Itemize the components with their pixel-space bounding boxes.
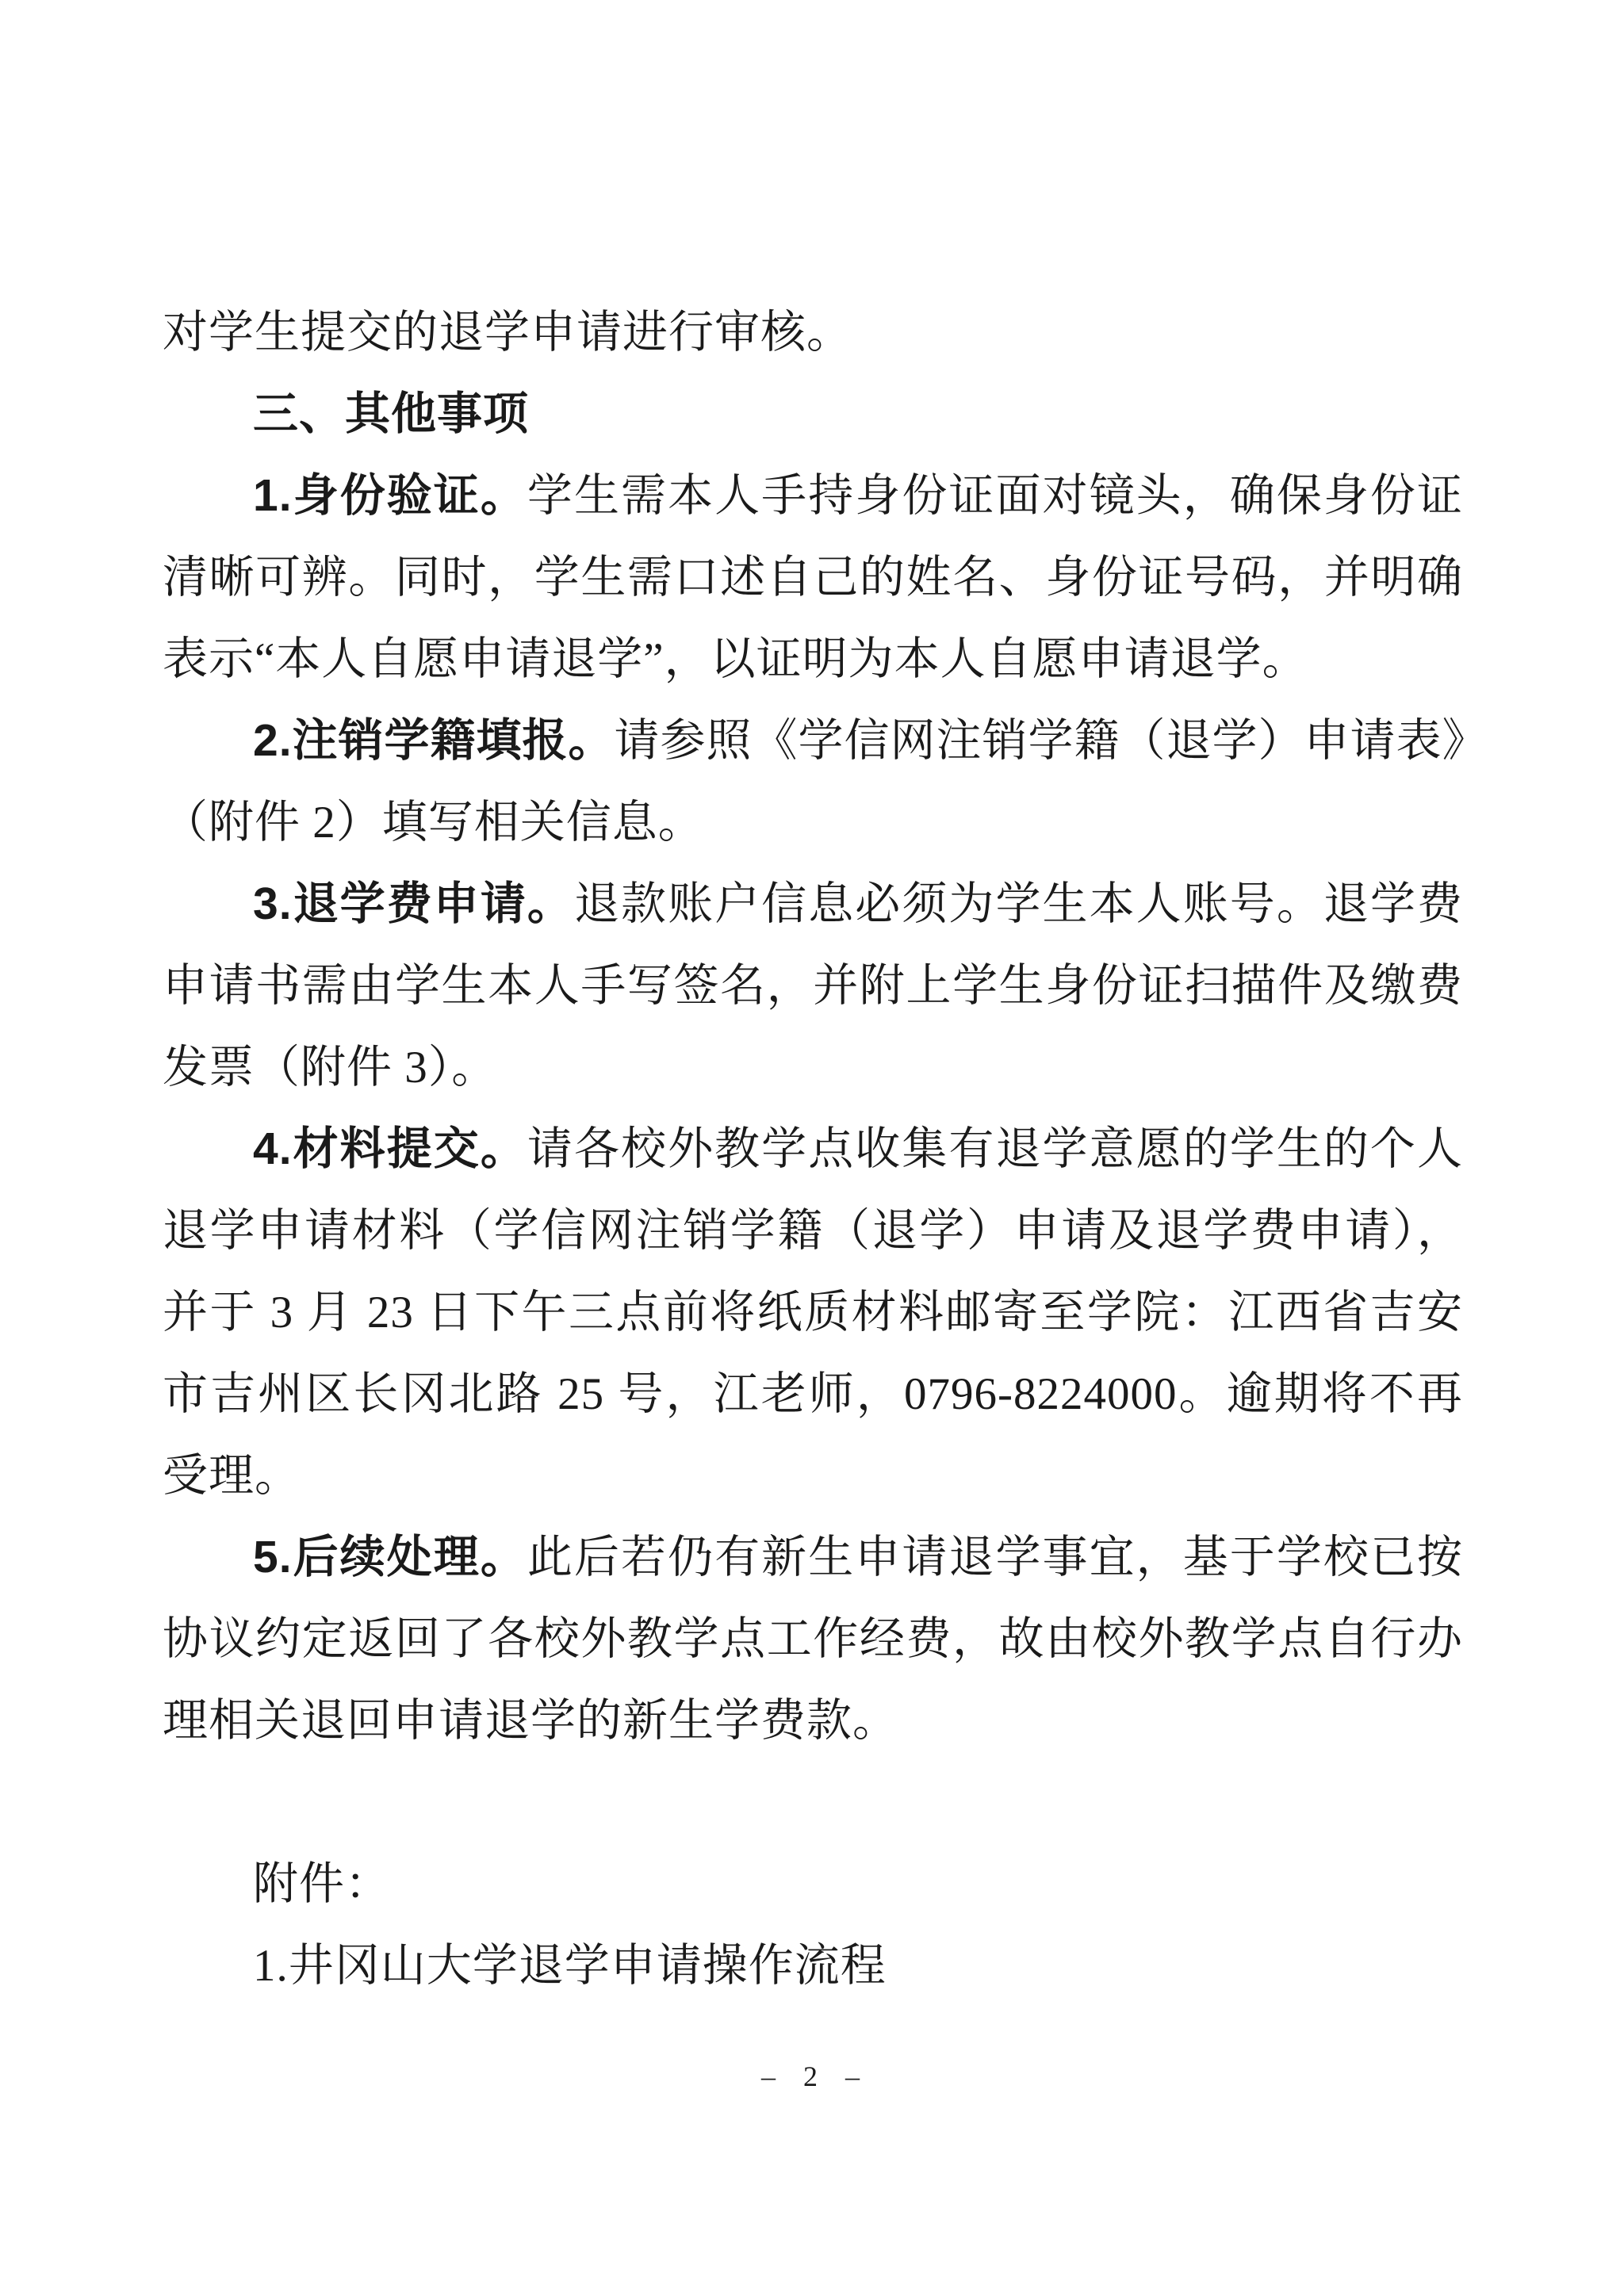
doc-line: （附件 2）填写相关信息。: [163, 782, 1463, 863]
doc-line-text: 学生需本人手持身份证面对镜头，确保身份证: [527, 471, 1463, 521]
doc-run-in-heading: 3.退学费申请。: [253, 878, 574, 929]
doc-line-text: 理相关退回申请退学的新生学费款。: [163, 1696, 898, 1746]
doc-line: 5.后续处理。此后若仍有新生申请退学事宜，基于学校已按: [163, 1517, 1463, 1598]
doc-heading-text: 三、其他事项: [253, 388, 529, 439]
doc-line-text: 市吉州区长冈北路 25 号，江老师，0796-8224000。逾期将不再: [163, 1369, 1463, 1419]
doc-line-text: （附件 2）填写相关信息。: [163, 798, 704, 848]
doc-line: 申请书需由学生本人手写签名，并附上学生身份证扫描件及缴费: [163, 945, 1463, 1027]
doc-line-text: 退学申请材料（学信网注销学籍（退学）申请及退学费申请），: [163, 1206, 1463, 1256]
doc-blank-line: [163, 1762, 1463, 1843]
doc-line-text: 清晰可辨。同时，学生需口述自己的姓名、身份证号码，并明确: [163, 553, 1463, 603]
doc-line: 并于 3 月 23 日下午三点前将纸质材料邮寄至学院：江西省吉安: [163, 1272, 1463, 1353]
doc-line-text: 请各校外教学点收集有退学意愿的学生的个人: [527, 1124, 1463, 1174]
doc-run-in-heading: 1.身份验证。: [253, 470, 527, 521]
doc-line: 发票（附件 3）。: [163, 1027, 1463, 1108]
doc-line: 市吉州区长冈北路 25 号，江老师，0796-8224000。逾期将不再: [163, 1353, 1463, 1435]
doc-line-text: 受理。: [163, 1451, 301, 1501]
doc-line-text: 协议约定返回了各校外教学点工作经费，故由校外教学点自行办: [163, 1614, 1463, 1664]
doc-line-text: 发票（附件 3）。: [163, 1043, 497, 1093]
doc-line: 协议约定返回了各校外教学点工作经费，故由校外教学点自行办: [163, 1598, 1463, 1680]
doc-line: 对学生提交的退学申请进行审核。: [163, 292, 1463, 373]
doc-run-in-heading: 4.材料提交。: [253, 1123, 527, 1174]
doc-line: 2.注销学籍填报。请参照《学信网注销学籍（退学）申请表》: [163, 700, 1463, 782]
doc-line-text: 并于 3 月 23 日下午三点前将纸质材料邮寄至学院：江西省吉安: [163, 1288, 1463, 1337]
doc-line-text: 1.井冈山大学退学申请操作流程: [253, 1941, 887, 1991]
doc-attachment-label: 附件：: [163, 1843, 1463, 1925]
document-page: 对学生提交的退学申请进行审核。 三、其他事项 1.身份验证。学生需本人手持身份证…: [0, 0, 1624, 2296]
doc-attachment-item: 1.井冈山大学退学申请操作流程: [163, 1925, 1463, 2007]
doc-run-in-heading: 2.注销学籍填报。: [253, 715, 615, 766]
doc-line-text: 表示“本人自愿申请退学”，以证明为本人自愿申请退学。: [163, 634, 1308, 684]
document-body: 对学生提交的退学申请进行审核。 三、其他事项 1.身份验证。学生需本人手持身份证…: [163, 292, 1463, 2007]
doc-line: 表示“本人自愿申请退学”，以证明为本人自愿申请退学。: [163, 618, 1463, 700]
doc-line: 3.退学费申请。退款账户信息必须为学生本人账号。退学费: [163, 863, 1463, 945]
page-number: – 2 –: [0, 2060, 1624, 2093]
doc-line: 清晰可辨。同时，学生需口述自己的姓名、身份证号码，并明确: [163, 537, 1463, 618]
doc-line-text: 请参照《学信网注销学籍（退学）申请表》: [615, 716, 1488, 766]
doc-line-text: 退款账户信息必须为学生本人账号。退学费: [574, 879, 1463, 929]
doc-line: 4.材料提交。请各校外教学点收集有退学意愿的学生的个人: [163, 1108, 1463, 1190]
doc-line-text: 对学生提交的退学申请进行审核。: [163, 308, 852, 358]
doc-line-text: 此后若仍有新生申请退学事宜，基于学校已按: [527, 1533, 1463, 1582]
doc-run-in-heading: 5.后续处理。: [253, 1532, 527, 1582]
doc-line-text: 附件：: [253, 1859, 391, 1909]
doc-line: 受理。: [163, 1435, 1463, 1517]
doc-line: 1.身份验证。学生需本人手持身份证面对镜头，确保身份证: [163, 455, 1463, 537]
doc-heading-other-matters: 三、其他事项: [163, 373, 1463, 455]
doc-line: 退学申请材料（学信网注销学籍（退学）申请及退学费申请），: [163, 1190, 1463, 1272]
doc-line-text: 申请书需由学生本人手写签名，并附上学生身份证扫描件及缴费: [163, 961, 1463, 1011]
doc-line: 理相关退回申请退学的新生学费款。: [163, 1680, 1463, 1762]
